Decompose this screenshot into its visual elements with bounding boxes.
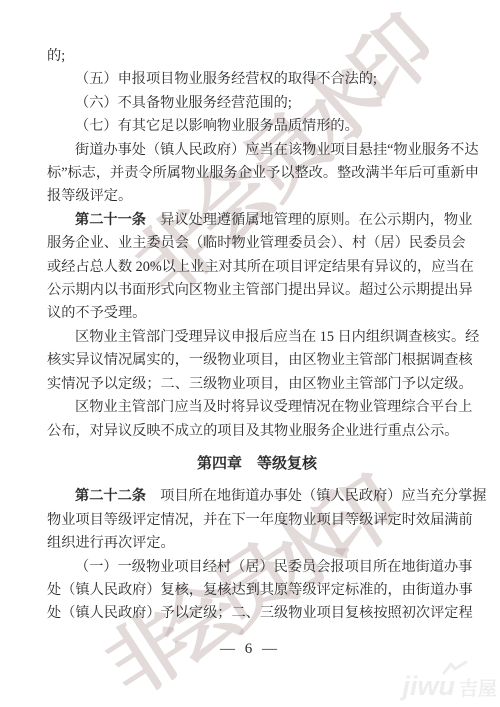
doc-line: 的; (47, 45, 467, 68)
doc-line-article-22: 第二十二条 项目所在地街道办事处（镇人民政府）应当充分掌握 (47, 485, 467, 508)
article-21-label: 第二十一条 (75, 212, 146, 228)
doc-line: （一）一级物业项目经村（居）民委员会报项目所在地街道办事 (47, 556, 467, 579)
doc-line: 实情况予以定级；二、三级物业项目，由区物业主管部门予以定级。 (47, 373, 467, 396)
doc-line: 服务企业、业主委员会（临时物业管理委员会）、村（居）民委员会 (47, 232, 467, 255)
doc-line: 区物业主管部门受理异议申报后应当在 15 日内组织调查核实。经 (47, 326, 467, 349)
article-22-label: 第二十二条 (75, 488, 146, 504)
doc-line-text: 异议处理遵循属地管理的原则。在公示期内，物业 (146, 212, 472, 228)
doc-line-text: 项目所在地街道办事处（镇人民政府）应当充分掌握 (146, 488, 487, 504)
doc-line: 或经占总人数 20%以上业主对其所在项目评定结果有异议的，应当在 (47, 256, 467, 279)
doc-line-article-21: 第二十一条 异议处理遵循属地管理的原则。在公示期内，物业 (47, 209, 467, 232)
doc-line: 核实异议情况属实的，一级物业项目，由区物业主管部门根据调查核 (47, 349, 467, 372)
doc-line: 公示期内以书面形式向区物业主管部门提出异议。超过公示期提出异 (47, 279, 467, 302)
doc-line: 公布，对异议反映不成立的项目及其物业服务企业进行重点公示。 (47, 420, 467, 443)
bird-icon (442, 661, 468, 680)
chapter-4-heading: 第四章 等级复核 (47, 453, 467, 476)
doc-line: 物业项目等级评定情况，并在下一年度物业项目等级评定时效届满前 (47, 509, 467, 532)
doc-line: 组织进行再次评定。 (47, 532, 467, 555)
document-body: 的; （五）申报项目物业服务经营权的取得不合法的; （六）不具备物业服务经营范围… (47, 45, 467, 626)
doc-line: 区物业主管部门应当及时将异议受理情况在物业管理综合平台上 (47, 396, 467, 419)
doc-line: 街道办事处（镇人民政府）应当在该物业项目悬挂“物业服务不达 (47, 139, 467, 162)
doc-line: 议的不予受理。 (47, 302, 467, 325)
doc-line: 报等级评定。 (47, 185, 467, 208)
page-number: — 6 — (0, 641, 500, 658)
document-page: 非会员水印 非会员水印 的; （五）申报项目物业服务经营权的取得不合法的; （六… (0, 0, 500, 707)
doc-line: （六）不具备物业服务经营范围的; (47, 92, 467, 115)
doc-line: 处（镇人民政府）予以定级；二、三级物业项目复核按照初次评定程 (47, 602, 467, 625)
doc-line: 处（镇人民政府）复核，复核达到其原等级评定标准的，由街道办事 (47, 579, 467, 602)
jiwu-logo: jiwu 吉屋 (402, 671, 497, 702)
doc-line: （七）有其它足以影响物业服务品质情形的。 (47, 115, 467, 138)
doc-line: （五）申报项目物业服务经营权的取得不合法的; (47, 68, 467, 91)
doc-line: 标”标志，并责令所属物业服务企业予以整改。整改满半年后可重新申 (47, 162, 467, 185)
